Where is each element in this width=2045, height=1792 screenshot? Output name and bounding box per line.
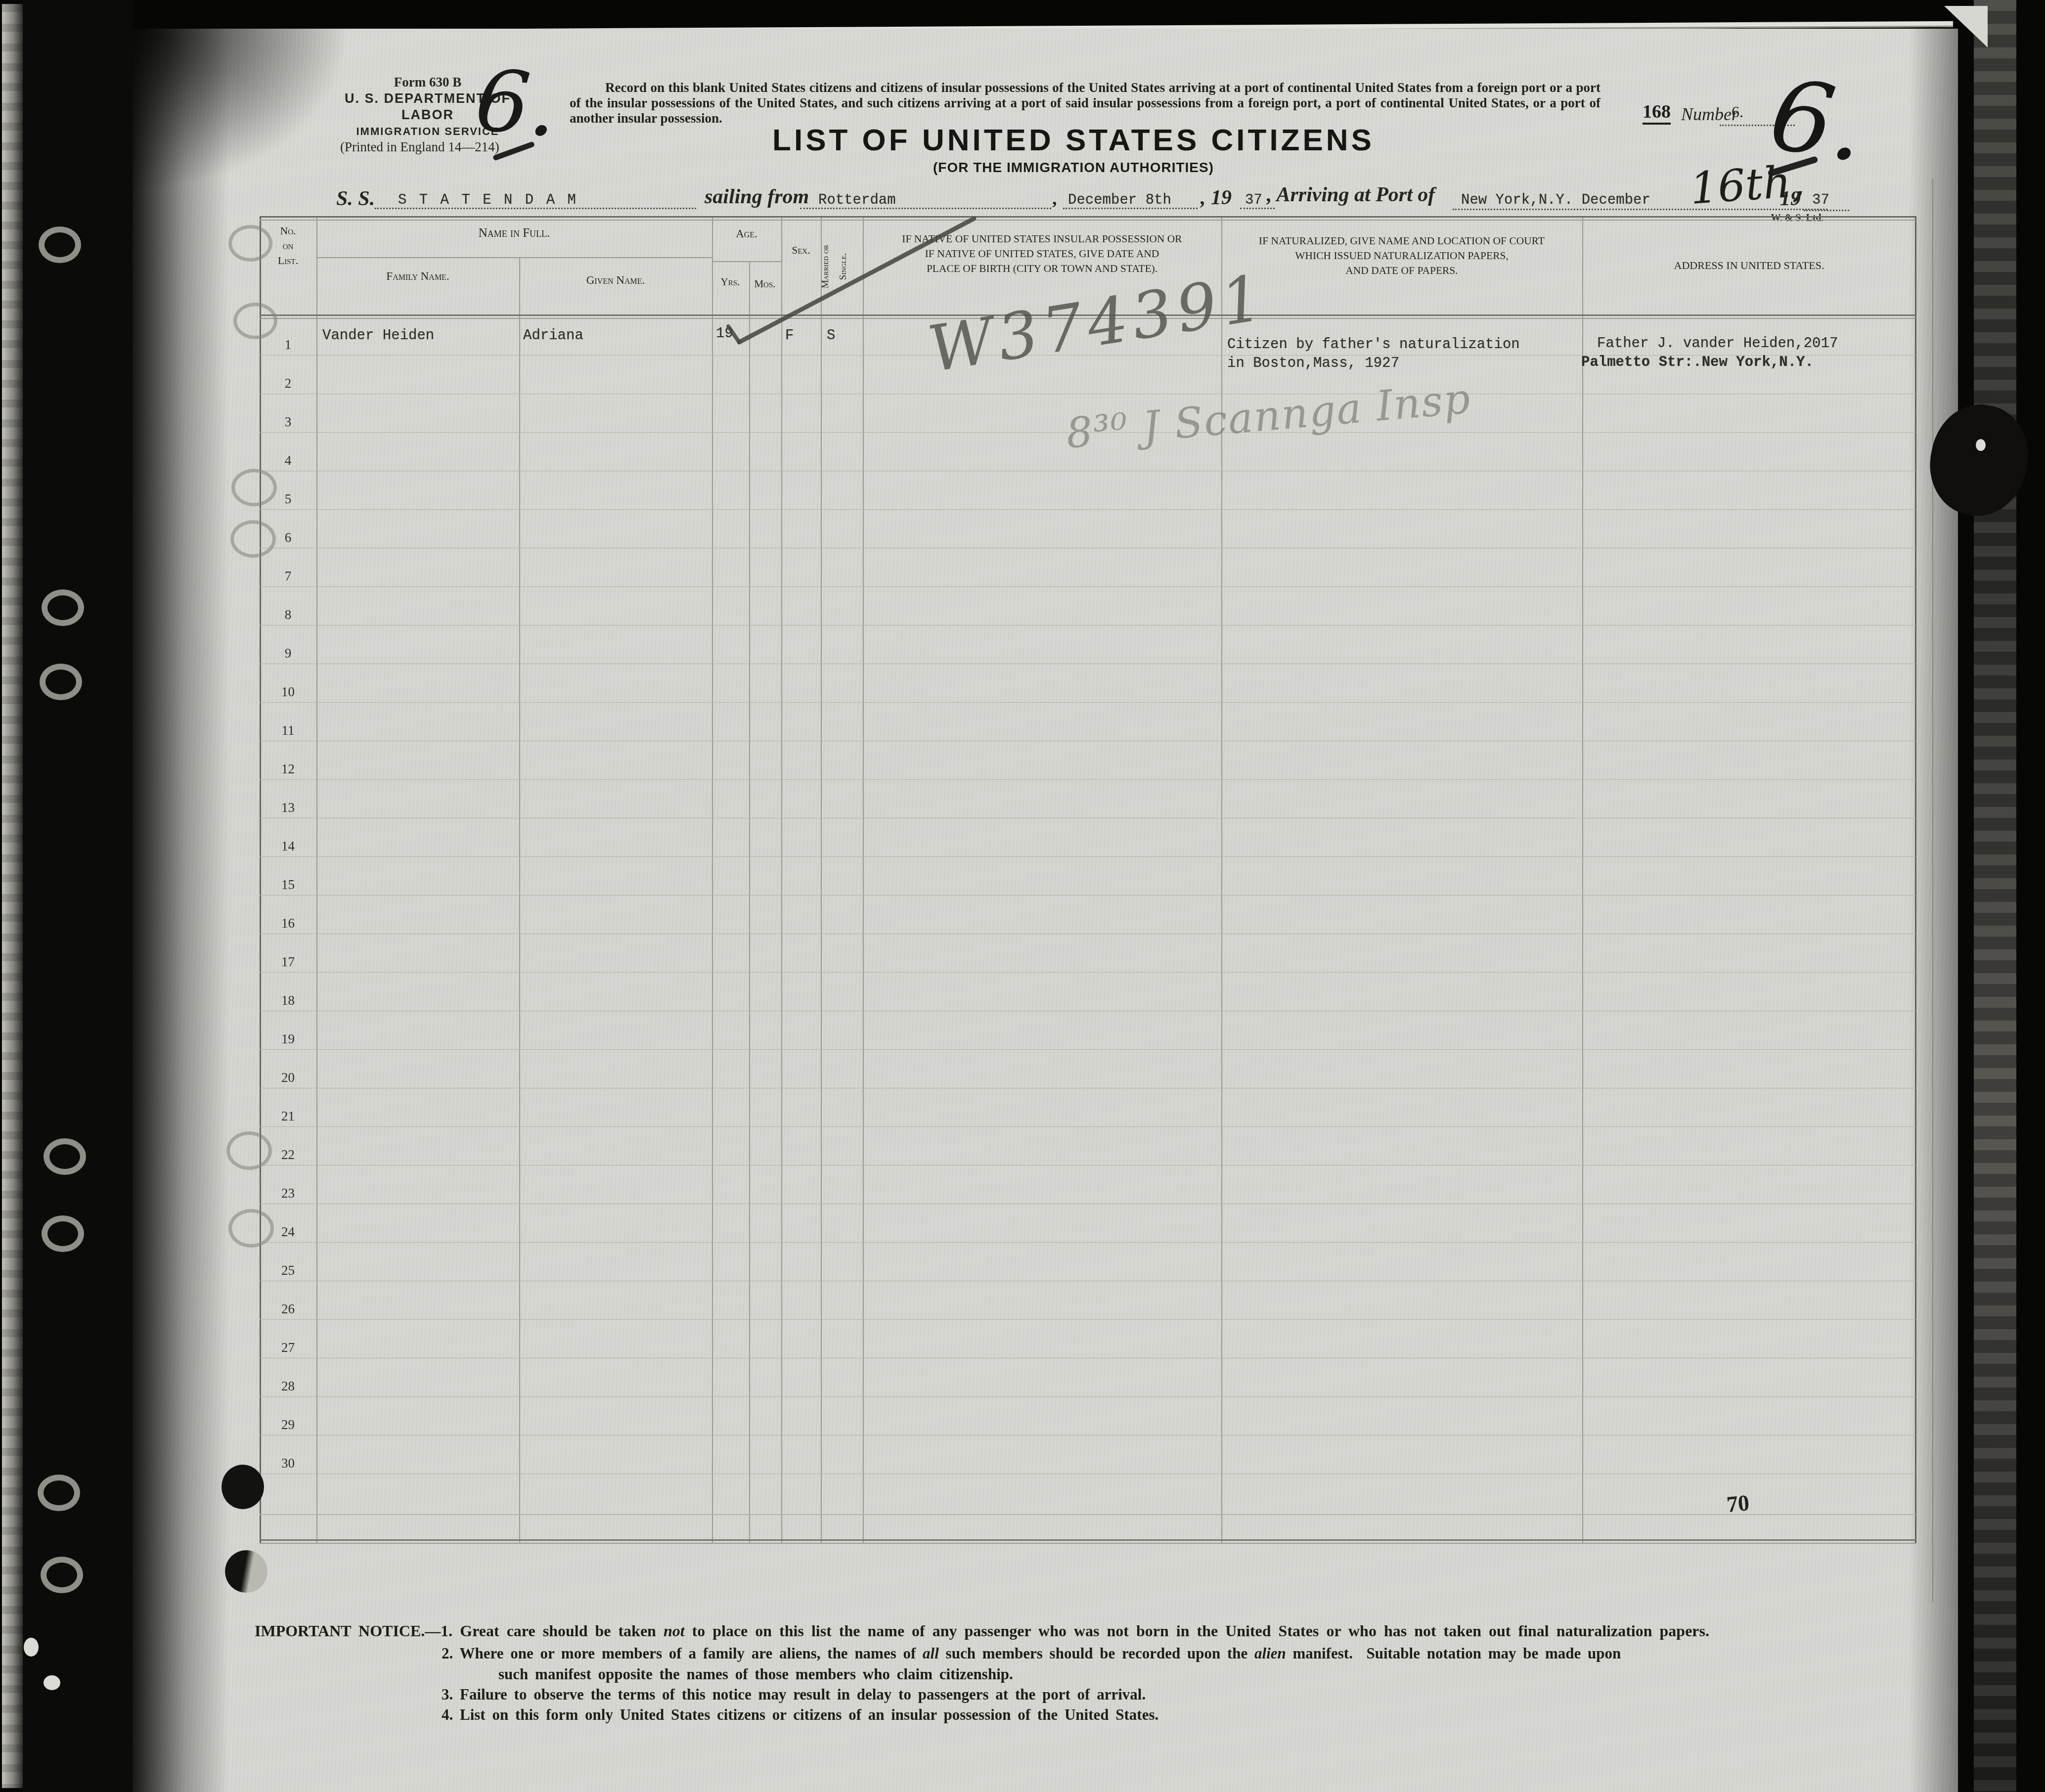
row-number: 19: [260, 1031, 316, 1047]
table-row: 7: [260, 548, 1916, 587]
binder-hole: [40, 664, 82, 700]
row-number: 18: [260, 993, 316, 1008]
table-bottom-border-2: [260, 1543, 1916, 1544]
row-number: 26: [260, 1301, 316, 1317]
row1-address-line2: Palmetto Str:.New York,N.Y.: [1581, 354, 1814, 370]
printed-19-first: , 19: [1200, 186, 1232, 210]
table-row: 22: [260, 1126, 1916, 1165]
form-title-block: LIST OF UNITED STATES CITIZENS (FOR THE …: [762, 123, 1385, 176]
table-bottom-border-1: [260, 1539, 1916, 1541]
table-row: 9: [260, 625, 1916, 664]
table-row: 28: [260, 1358, 1916, 1397]
header-naturalized-line2: WHICH ISSUED NATURALIZATION PAPERS,: [1221, 248, 1582, 263]
notice-line-4: 3. Failure to observe the terms of this …: [442, 1686, 1146, 1703]
table-row: 15: [260, 856, 1916, 896]
table-row: 13: [260, 779, 1916, 818]
row-number: 3: [260, 414, 316, 430]
row-number: 17: [260, 954, 316, 970]
header-given-name: Given Name.: [519, 274, 712, 287]
arrival-year: 37: [1812, 192, 1829, 208]
row1-address-line1: Father J. vander Heiden,2017: [1597, 335, 1838, 352]
binder-hole: [41, 1557, 83, 1593]
paper-speck: [44, 1675, 60, 1690]
paper-corner-sliver: [1944, 6, 1988, 47]
departure-port: Rotterdam: [818, 192, 896, 208]
header-no-line3: List.: [260, 253, 316, 268]
row-number: 7: [260, 569, 316, 584]
table-row: 6: [260, 509, 1916, 548]
scanned-manifest-page: Form 630 B U. S. DEPARTMENT OF LABOR IMM…: [0, 0, 2045, 1792]
sailing-year: 37: [1245, 192, 1262, 208]
table-row: 21: [260, 1088, 1916, 1127]
table-row: 24: [260, 1204, 1916, 1243]
row-number: 29: [260, 1417, 316, 1433]
header-name-in-full: Name in Full.: [316, 226, 712, 240]
table-top-border-2: [260, 220, 1916, 221]
table-row: 29: [260, 1396, 1916, 1435]
arriving-at-port-label: , Arriving at Port of: [1267, 183, 1435, 207]
binder-hole: [39, 226, 81, 263]
left-binding-shadow-top: [133, 29, 345, 187]
table-row: 26: [260, 1281, 1916, 1320]
table-row: 27: [260, 1319, 1916, 1358]
arrival-port: New York,N.Y. December: [1461, 192, 1650, 208]
row-number: 14: [260, 839, 316, 854]
table-row: 18: [260, 972, 1916, 1011]
table-row: 17: [260, 934, 1916, 973]
binder-hole: [42, 1215, 84, 1252]
punch-hole-dark: [222, 1465, 264, 1509]
punch-hole: [226, 1131, 272, 1170]
table-row: 11: [260, 702, 1916, 741]
punch-hole: [231, 469, 277, 506]
number-label: Number: [1681, 104, 1738, 125]
notice-line-5: 4. List on this form only United States …: [442, 1706, 1158, 1724]
row-number: 25: [260, 1263, 316, 1278]
row-number: 2: [260, 376, 316, 391]
row-number: 16: [260, 916, 316, 931]
row-number: 15: [260, 877, 316, 893]
table-top-border-1: [260, 216, 1916, 218]
left-binding-shadow: [133, 29, 229, 1792]
punch-hole-half: [225, 1550, 267, 1593]
punch-hole: [230, 520, 276, 558]
notice-line-3: such manifest opposite the names of thos…: [498, 1665, 1013, 1683]
sailing-from-label: sailing from: [705, 185, 809, 209]
printer-mark: W. & S. Ltd.: [1745, 213, 1849, 224]
header-family-name: Family Name.: [316, 270, 519, 283]
paper-speck: [24, 1638, 39, 1657]
punch-hole: [228, 1209, 274, 1248]
table-row: 16: [260, 895, 1916, 934]
number-value: 6.: [1732, 103, 1743, 121]
row-number: 30: [260, 1456, 316, 1471]
binder-hole: [42, 589, 84, 626]
header-naturalized-line1: IF NATURALIZED, GIVE NAME AND LOCATION O…: [1221, 233, 1582, 248]
notice-line-2: 2. Where one or more members of a family…: [442, 1645, 1621, 1662]
printed-19-second: 19: [1780, 187, 1801, 211]
notice-line-1: IMPORTANT NOTICE.—1. Great care should b…: [255, 1622, 1709, 1640]
row1-family-name: Vander Heiden: [322, 327, 434, 344]
row1-given-name: Adriana: [523, 327, 583, 344]
paper-speck: [1976, 439, 1986, 451]
table-row: 12: [260, 741, 1916, 780]
right-edge-shadow: [1909, 29, 1962, 1792]
arrival-year-rule: [1804, 210, 1849, 211]
table-row: 10: [260, 664, 1916, 703]
header-address: ADDRESS IN UNITED STATES.: [1582, 259, 1916, 272]
row-number: 12: [260, 762, 316, 777]
row1-naturalization-line1: Citizen by father's naturalization: [1227, 336, 1520, 353]
binder-strip: [23, 0, 133, 1792]
table-row: 25: [260, 1242, 1916, 1281]
table-row: 30: [260, 1435, 1916, 1474]
comma-separator: ,: [1052, 188, 1057, 210]
table-row: 5: [260, 471, 1916, 510]
row-number: 10: [260, 684, 316, 700]
table-row: 23: [260, 1165, 1916, 1204]
arrival-port-rule: [1453, 209, 1827, 210]
row-number: 20: [260, 1070, 316, 1085]
page-edge-stack: [2, 4, 23, 1788]
book-edge-strip: [1974, 0, 2016, 1792]
row-number: 4: [260, 453, 316, 468]
row-number: 28: [260, 1379, 316, 1394]
sheet-stamp-168: 168: [1643, 101, 1671, 125]
header-naturalized-column: IF NATURALIZED, GIVE NAME AND LOCATION O…: [1221, 233, 1582, 278]
row-number: 21: [260, 1109, 316, 1124]
ship-name: S T A T E N D A M: [398, 192, 578, 208]
footer-row-rule: [260, 1514, 1916, 1515]
header-naturalized-line3: AND DATE OF PAPERS.: [1221, 263, 1582, 278]
row1-naturalization-line2: in Boston,Mass, 1927: [1227, 355, 1399, 371]
row-number: 11: [260, 723, 316, 738]
ss-label: S. S.: [336, 187, 375, 211]
name-subheader-rule: [316, 257, 712, 258]
page-stamp: 70: [1726, 1489, 1750, 1518]
page-subtitle: (FOR THE IMMIGRATION AUTHORITIES): [762, 160, 1385, 176]
instruction-paragraph: Record on this blank United States citiz…: [570, 80, 1600, 126]
table-row: 20: [260, 1049, 1916, 1088]
table-row: 19: [260, 1011, 1916, 1050]
punch-hole: [228, 225, 272, 262]
table-row: 14: [260, 818, 1916, 857]
row-number: 23: [260, 1186, 316, 1201]
handwritten-sheet-number-left: 6.: [472, 50, 561, 156]
row-number: 13: [260, 800, 316, 815]
binder-hole: [38, 1475, 80, 1511]
page-title: LIST OF UNITED STATES CITIZENS: [762, 123, 1385, 158]
row-number: 8: [260, 607, 316, 623]
punch-hole: [233, 303, 277, 339]
sailing-date: December 8th: [1068, 192, 1171, 208]
binder-hole: [44, 1138, 86, 1175]
row-number: 1: [260, 337, 316, 353]
table-row: 8: [260, 586, 1916, 626]
row-number: 9: [260, 646, 316, 661]
row-number: 27: [260, 1340, 316, 1355]
